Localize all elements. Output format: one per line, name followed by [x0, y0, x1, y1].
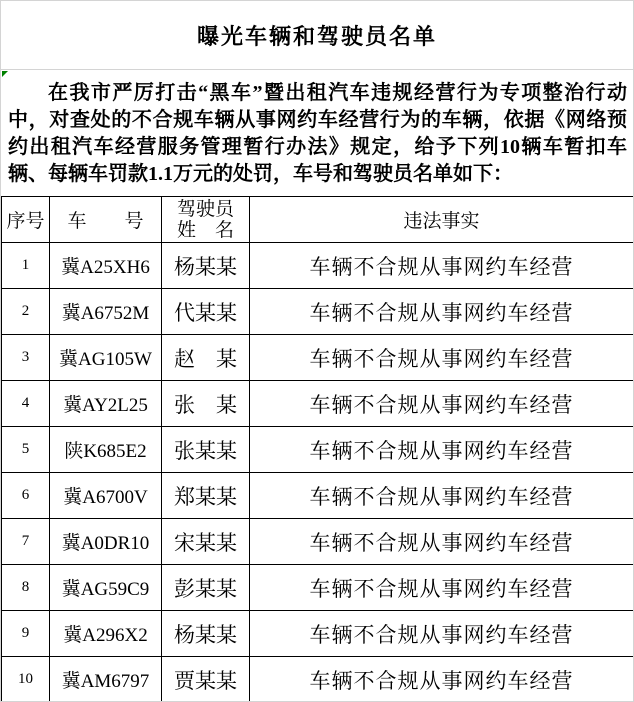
- table-header-row: 序号 车 号 驾驶员 姓 名 违法事实: [2, 197, 634, 243]
- row-index-cell: 9: [2, 611, 50, 657]
- driver-name-cell: 张某某: [162, 427, 250, 473]
- table-header: 序号 车 号 驾驶员 姓 名 违法事实: [2, 197, 634, 243]
- col-header-driver: 驾驶员 姓 名: [162, 197, 250, 243]
- table-row: 7 冀A0DR10 宋某某 车辆不合规从事网约车经营: [2, 519, 634, 565]
- driver-name-cell: 赵 某: [162, 335, 250, 381]
- table-row: 8 冀AG59C9 彭某某 车辆不合规从事网约车经营: [2, 565, 634, 611]
- violation-fact-cell: 车辆不合规从事网约车经营: [250, 335, 634, 381]
- page-title-text: 曝光车辆和驾驶员名单: [197, 20, 437, 51]
- driver-name-cell: 郑某某: [162, 473, 250, 519]
- table-row: 9 冀A296X2 杨某某 车辆不合规从事网约车经营: [2, 611, 634, 657]
- driver-name-cell: 杨某某: [162, 611, 250, 657]
- table-row: 5 陕K685E2 张某某 车辆不合规从事网约车经营: [2, 427, 634, 473]
- table-row: 3 冀AG105W 赵 某 车辆不合规从事网约车经营: [2, 335, 634, 381]
- intro-paragraph-text: 在我市严厉打击“黑车”暨出租汽车违规经营行为专项整治行动中，对查处的不合规车辆从…: [8, 80, 627, 188]
- document-page: 曝光车辆和驾驶员名单 在我市严厉打击“黑车”暨出租汽车违规经营行为专项整治行动中…: [0, 0, 634, 702]
- col-header-index: 序号: [2, 197, 50, 243]
- row-index-cell: 3: [2, 335, 50, 381]
- violation-fact-cell: 车辆不合规从事网约车经营: [250, 289, 634, 335]
- table-row: 2 冀A6752M 代某某 车辆不合规从事网约车经营: [2, 289, 634, 335]
- plate-number-cell: 冀AM6797: [50, 657, 162, 702]
- table-row: 4 冀AY2L25 张 某 车辆不合规从事网约车经营: [2, 381, 634, 427]
- driver-name-cell: 代某某: [162, 289, 250, 335]
- plate-number-cell: 冀A25XH6: [50, 243, 162, 289]
- row-index-cell: 1: [2, 243, 50, 289]
- violation-fact-cell: 车辆不合规从事网约车经营: [250, 243, 634, 289]
- driver-name-cell: 彭某某: [162, 565, 250, 611]
- row-index-cell: 7: [2, 519, 50, 565]
- plate-number-cell: 冀A6752M: [50, 289, 162, 335]
- plate-number-cell: 冀AY2L25: [50, 381, 162, 427]
- driver-name-cell: 杨某某: [162, 243, 250, 289]
- table-row: 6 冀A6700V 郑某某 车辆不合规从事网约车经营: [2, 473, 634, 519]
- driver-name-cell: 贾某某: [162, 657, 250, 702]
- plate-number-cell: 陕K685E2: [50, 427, 162, 473]
- row-index-cell: 10: [2, 657, 50, 702]
- plate-number-cell: 冀AG59C9: [50, 565, 162, 611]
- violation-fact-cell: 车辆不合规从事网约车经营: [250, 565, 634, 611]
- col-header-driver-line2: 姓 名: [162, 220, 249, 241]
- violation-fact-cell: 车辆不合规从事网约车经营: [250, 427, 634, 473]
- plate-number-cell: 冀AG105W: [50, 335, 162, 381]
- driver-name-cell: 张 某: [162, 381, 250, 427]
- intro-paragraph: 在我市严厉打击“黑车”暨出租汽车违规经营行为专项整治行动中，对查处的不合规车辆从…: [1, 70, 633, 196]
- driver-name-cell: 宋某某: [162, 519, 250, 565]
- col-header-driver-line1: 驾驶员: [162, 199, 249, 220]
- violation-fact-cell: 车辆不合规从事网约车经营: [250, 657, 634, 702]
- violation-fact-cell: 车辆不合规从事网约车经营: [250, 473, 634, 519]
- col-header-violation: 违法事实: [250, 197, 634, 243]
- violations-table: 序号 车 号 驾驶员 姓 名 违法事实 1 冀A25XH6 杨某某 车辆不合规从…: [1, 196, 634, 702]
- row-index-cell: 5: [2, 427, 50, 473]
- table-body: 1 冀A25XH6 杨某某 车辆不合规从事网约车经营 2 冀A6752M 代某某…: [2, 243, 634, 702]
- cell-error-indicator-icon: [2, 71, 8, 77]
- row-index-cell: 4: [2, 381, 50, 427]
- violation-fact-cell: 车辆不合规从事网约车经营: [250, 381, 634, 427]
- plate-number-cell: 冀A6700V: [50, 473, 162, 519]
- plate-number-cell: 冀A296X2: [50, 611, 162, 657]
- table-row: 10 冀AM6797 贾某某 车辆不合规从事网约车经营: [2, 657, 634, 702]
- violation-fact-cell: 车辆不合规从事网约车经营: [250, 611, 634, 657]
- row-index-cell: 6: [2, 473, 50, 519]
- table-row: 1 冀A25XH6 杨某某 车辆不合规从事网约车经营: [2, 243, 634, 289]
- page-title: 曝光车辆和驾驶员名单: [1, 1, 633, 70]
- col-header-plate: 车 号: [50, 197, 162, 243]
- violation-fact-cell: 车辆不合规从事网约车经营: [250, 519, 634, 565]
- plate-number-cell: 冀A0DR10: [50, 519, 162, 565]
- row-index-cell: 2: [2, 289, 50, 335]
- row-index-cell: 8: [2, 565, 50, 611]
